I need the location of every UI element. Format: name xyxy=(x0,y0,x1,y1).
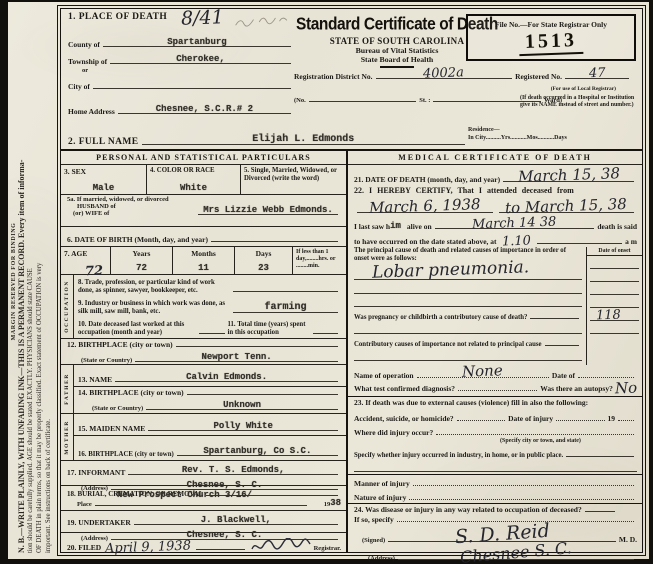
external-causes-label: 23. If death was due to external causes … xyxy=(354,398,637,410)
full-name-field: Elijah L. Edmonds xyxy=(142,131,465,145)
margin-note-line1: N. B.—WRITE PLAINLY, WITH UNFADING INK—T… xyxy=(18,10,26,553)
age-label: 7. AGE xyxy=(64,249,107,258)
attended-to-field: to March 15, 38 xyxy=(499,199,635,213)
undertaker-field: J. Blackwell, xyxy=(134,512,338,525)
date-of-death-field: March 15, 38 xyxy=(503,168,634,182)
file-number-value: 1513 xyxy=(519,29,584,56)
total-time-label: 11. Total time (years) spent in this occ… xyxy=(228,321,310,336)
occupation-group: OCCUPATION 8. Trade, profession, or part… xyxy=(61,275,346,339)
occupation-relation-field xyxy=(585,511,615,512)
age-row: 7. AGE 72 Years 72 Months 11 Days xyxy=(61,247,346,275)
father-side-label: FATHER xyxy=(61,365,74,413)
date-of-death-value: March 15, 38 xyxy=(517,166,619,185)
personal-particulars-column: PERSONAL AND STATISTICAL PARTICULARS 3. … xyxy=(61,151,348,552)
less-than-day-label: If less than 1 day,........hrs. or .....… xyxy=(296,249,343,270)
date-of-onset-column: Date of onset 118 xyxy=(586,247,642,365)
operation-date-label: Date of xyxy=(552,371,575,380)
margin-note-line3: OF DEATH in plain terms, so that it may … xyxy=(36,10,44,553)
undertaker-row: 19. UNDERTAKER J. Blackwell, (Address) C… xyxy=(61,511,346,533)
mother-name-field: Polly White xyxy=(148,418,338,431)
medical-section-title: MEDICAL CERTIFICATE OF DEATH xyxy=(348,151,642,165)
where-injury-row: Where did injury occur? xyxy=(354,424,637,438)
autopsy-value: No xyxy=(615,381,638,397)
test-field xyxy=(458,390,537,391)
burial-row: New Prospect Church 3/16/ 18. BURIAL, CR… xyxy=(61,486,346,511)
occupation-side-label: OCCUPATION xyxy=(61,275,74,338)
marital-label: 5. Single, Married, Widowed, or Divorced… xyxy=(244,167,343,182)
mother-birthplace-field: Spartanburg, Co S.C. xyxy=(177,443,338,456)
registration-district-value: 4002a xyxy=(423,66,464,80)
certificate-paper: MARGIN RESERVED FOR BINDING N. B.—WRITE … xyxy=(8,2,649,559)
form-body: PERSONAL AND STATISTICAL PARTICULARS 3. … xyxy=(61,151,642,552)
home-address-value: Chesnee, S.C.R.# 2 xyxy=(156,104,253,114)
mother-name-row: 15. MAIDEN NAME Polly White xyxy=(74,414,346,436)
place-note-handwritten: 8/41 xyxy=(181,8,224,28)
state-or-country-label: (State or Country) xyxy=(92,405,143,412)
marital-cell: 5. Single, Married, Widowed, or Divorced… xyxy=(241,165,346,194)
contributory-field xyxy=(545,345,579,346)
registered-no-field: 47 xyxy=(565,67,629,79)
address-label: (Address) xyxy=(368,555,395,562)
operation-field: None xyxy=(417,364,549,378)
manner-of-injury-row: Manner of injury xyxy=(348,475,642,489)
operation-row: Name of operation None Date of xyxy=(348,365,642,381)
burial-year-value: 38 xyxy=(330,498,341,508)
city-field xyxy=(93,88,291,89)
last-saw-field: March 14 38 xyxy=(435,217,595,229)
industry-label: 9. Industry or business in which work wa… xyxy=(78,300,230,315)
birthplace-field-2: Newport Tenn. xyxy=(135,349,338,362)
full-name-row: 2. FULL NAME Elijah L. Edmonds Residence… xyxy=(61,125,642,151)
street-no-field xyxy=(309,101,417,102)
ruled-line xyxy=(590,270,639,282)
home-address-field: Chesnee, S.C.R.# 2 xyxy=(118,101,291,114)
ruled-line xyxy=(354,349,582,361)
personal-section-title: PERSONAL AND STATISTICAL PARTICULARS xyxy=(61,151,346,165)
occurred-line: to have occurred on the date stated abov… xyxy=(354,231,637,246)
race-cell: 4. COLOR OR RACE White xyxy=(147,165,241,194)
birthplace-row: 12. BIRTHPLACE (city or town) (State or … xyxy=(61,339,346,365)
local-registrar-note: (For use of Local Registrar) xyxy=(551,86,616,92)
margin-note-line4: important. See instructions on back of c… xyxy=(45,10,53,553)
ruled-line xyxy=(354,295,582,307)
certificate-form: 1. PLACE OF DEATH 8/41 County of Spartan… xyxy=(60,8,643,553)
time-of-death-value: 1.10 xyxy=(501,234,530,248)
injury-date-field xyxy=(556,420,604,421)
dob-row: 6. DATE OF BIRTH (Month, day, and year) xyxy=(61,227,346,247)
signed-label: (Signed) xyxy=(362,537,385,544)
years-header: Years xyxy=(114,249,169,258)
city-label: City of xyxy=(68,82,90,91)
sex-race-marital-row: 3. SEX Male 4. COLOR OR RACE White 5. Si… xyxy=(61,165,346,195)
total-time-field xyxy=(313,333,339,334)
pencil-scribble xyxy=(234,14,294,30)
binding-margin: MARGIN RESERVED FOR BINDING N. B.—WRITE … xyxy=(8,2,58,559)
spouse-label-2: HUSBAND of xyxy=(77,203,195,210)
father-birthplace-field-2: Unknown xyxy=(146,397,338,410)
informant-row: 17. INFORMANT Rev. T. S. Edmonds, (Addre… xyxy=(61,461,346,486)
registered-no-label: Registered No. xyxy=(515,72,562,81)
registration-district-field: 4002a xyxy=(376,67,513,79)
alive-on-label: alive on xyxy=(407,222,432,231)
race-label: 4. COLOR OR RACE xyxy=(150,167,237,174)
last-saw-label: I last saw h xyxy=(354,222,390,231)
injury-19-label: 19 xyxy=(608,414,616,423)
street-no-label: (No. xyxy=(294,97,306,104)
attended-from-field: March 6, 1938 xyxy=(357,199,493,213)
township-field: Cherokee, xyxy=(110,51,291,64)
mother-side-label: MOTHER xyxy=(61,414,74,460)
accident-field xyxy=(457,420,505,421)
hospital-note: (If death occurred in a Hospital or Inst… xyxy=(520,95,640,109)
father-name-field: Calvin Edmonds. xyxy=(115,369,338,382)
filed-label: 20. FILED xyxy=(67,543,101,552)
mother-birthplace-row: 16. BIRTHPLACE (city or town) Spartanbur… xyxy=(74,436,346,460)
informant-label: 17. INFORMANT xyxy=(67,468,125,477)
last-worked-field xyxy=(199,333,225,334)
spouse-label-3: (or) WIFE of xyxy=(73,210,195,217)
dob-field xyxy=(211,241,338,242)
last-saw-date-value: March 14 38 xyxy=(472,216,557,232)
scanned-death-certificate: MARGIN RESERVED FOR BINDING N. B.—WRITE … xyxy=(0,0,653,564)
principal-cause-value: Lobar pneumonia. xyxy=(372,259,530,281)
months-value: 11 xyxy=(176,263,231,273)
nature-of-injury-row: Nature of injury xyxy=(348,489,642,503)
attended-to-value: to March 15, 38 xyxy=(505,197,627,216)
residence-line: In City..........Yrs...........Mos......… xyxy=(468,135,636,143)
signed-row: (Signed) S. D. Reid M. D. xyxy=(354,525,637,545)
occupation-relation-section: 24. Was disease or injury in any way rel… xyxy=(348,503,642,564)
form-header: 1. PLACE OF DEATH 8/41 County of Spartan… xyxy=(61,9,642,125)
spouse-field: Mrs Lizzie Webb Edmonds. xyxy=(198,202,338,215)
birthplace-value: Newport Tenn. xyxy=(201,352,271,362)
certify-block: 22. I HEREBY CERTIFY, That I attended de… xyxy=(348,185,642,247)
age-cell: 7. AGE 72 xyxy=(61,247,111,274)
ruled-line xyxy=(590,283,639,295)
burial-field-2 xyxy=(95,505,307,506)
industry-field: farming xyxy=(233,299,338,313)
registration-district-label: Registration District No. xyxy=(294,72,373,81)
undertaker-value: J. Blackwell, xyxy=(201,515,271,525)
manner-of-injury-field xyxy=(413,485,634,486)
sex-value: Male xyxy=(64,183,143,193)
filed-date-handwritten: April 9, 1938 xyxy=(105,540,191,556)
last-worked-label: 10. Date deceased last worked at this oc… xyxy=(78,321,196,336)
mother-maiden-name-label: 15. MAIDEN NAME xyxy=(78,424,145,433)
pregnancy-row: Was pregnancy or childbirth a contributo… xyxy=(354,308,582,322)
burial-place-value: New Prospect Church 3/16/ xyxy=(117,490,252,500)
physician-address-row: (Address) Chesnee S. C. xyxy=(354,545,637,563)
residence-label: Residence— xyxy=(468,127,636,135)
date-of-death-label: 21. DATE OF DEATH (month, day, and year) xyxy=(354,175,500,184)
trade-field xyxy=(233,291,338,292)
mother-group: MOTHER 15. MAIDEN NAME Polly White 16. B… xyxy=(61,414,346,461)
diagnosis-autopsy-row: What test confirmed diagnosis? Was there… xyxy=(348,381,642,397)
ruled-line xyxy=(590,322,639,334)
occupation-relation-label: 24. Was disease or injury in any way rel… xyxy=(354,505,582,514)
operation-value: None xyxy=(462,363,503,379)
last-saw-line: I last saw h im alive on March 14 38 dea… xyxy=(354,215,637,231)
am-pm-label: a m xyxy=(625,237,637,246)
days-header: Days xyxy=(238,249,289,258)
autopsy-label: Was there an autopsy? xyxy=(540,384,613,393)
father-name-value: Calvin Edmonds. xyxy=(186,372,267,382)
nature-of-injury-field xyxy=(409,499,634,500)
ruled-line xyxy=(590,296,639,308)
full-name-label: 2. FULL NAME xyxy=(68,137,139,147)
ruled-line xyxy=(590,257,639,269)
file-number-label: File No.—For State Registrar Only xyxy=(468,20,634,29)
spouse-label-1: 5a. If married, widowed, or divorced xyxy=(67,196,195,203)
spouse-value: Mrs Lizzie Webb Edmonds. xyxy=(203,205,333,215)
father-birthplace-row: 14. BIRTHPLACE (city or town) (State or … xyxy=(74,387,346,413)
father-birthplace-field-1 xyxy=(187,394,338,395)
injury-year-field xyxy=(618,420,634,421)
filed-row: 20. FILED April 9, 1938 Registrar. xyxy=(61,533,346,554)
county-label: County of xyxy=(68,40,100,49)
file-number-box: File No.—For State Registrar Only 1513 xyxy=(466,14,636,61)
months-header: Months xyxy=(176,249,231,258)
operation-label: Name of operation xyxy=(354,371,414,380)
sex-cell: 3. SEX Male xyxy=(61,165,147,194)
or-label: or xyxy=(82,67,294,74)
residence-block: Residence— In City..........Yrs.........… xyxy=(468,125,636,142)
ruled-line xyxy=(354,282,582,294)
age-days-cell: Days 23 xyxy=(235,247,293,274)
ruled-line xyxy=(354,322,582,334)
trade-row: 8. Trade, profession, or particular kind… xyxy=(74,275,346,296)
place-of-death-label: 1. PLACE OF DEATH xyxy=(68,12,167,22)
cause-of-death-region: The principal cause of death and related… xyxy=(348,247,642,365)
where-injury-label: Where did injury occur? xyxy=(354,428,433,437)
registrar-label: Registrar. xyxy=(314,545,341,552)
days-value: 23 xyxy=(238,263,289,273)
father-birthplace-value: Unknown xyxy=(223,400,261,410)
contributory-label: Contributory causes of importance not re… xyxy=(354,341,542,349)
nature-of-injury-label: Nature of injury xyxy=(354,493,406,502)
contributory-row: Contributory causes of importance not re… xyxy=(354,335,582,349)
manner-of-injury-label: Manner of injury xyxy=(354,479,410,488)
specify-place-field xyxy=(566,456,634,457)
age-months-cell: Months 11 xyxy=(173,247,235,274)
father-name-row: 13. NAME Calvin Edmonds. xyxy=(74,365,346,387)
mother-name-value: Polly White xyxy=(213,421,272,431)
operation-date-field xyxy=(578,377,634,378)
injury-date-label: Date of injury xyxy=(508,414,553,423)
trade-label: 8. Trade, profession, or particular kind… xyxy=(78,279,230,294)
township-value: Cherokee, xyxy=(176,54,225,64)
specify-place-row: Specify whether injury occurred in indus… xyxy=(354,446,637,460)
county-value: Spartanburg xyxy=(167,37,226,47)
father-birthplace-label: 14. BIRTHPLACE (city or town) xyxy=(78,388,184,397)
township-label: Township of xyxy=(68,57,107,66)
medical-certificate-column: MEDICAL CERTIFICATE OF DEATH 21. DATE OF… xyxy=(348,151,642,552)
full-name-value: Elijah L. Edmonds xyxy=(252,134,354,145)
binding-reserved-note: MARGIN RESERVED FOR BINDING xyxy=(11,10,17,553)
undertaker-label: 19. UNDERTAKER xyxy=(67,518,131,527)
birthplace-label: 12. BIRTHPLACE (city or town) xyxy=(67,340,173,349)
attended-dates-line: March 6, 1938 to March 15, 38 xyxy=(354,198,637,215)
father-name-label: 13. NAME xyxy=(78,375,112,384)
date-of-death-row: 21. DATE OF DEATH (month, day, and year)… xyxy=(348,165,642,185)
mother-birthplace-label: 16. BIRTHPLACE (city or town) xyxy=(78,451,174,458)
test-label: What test confirmed diagnosis? xyxy=(354,384,455,393)
occurred-label: to have occurred on the date stated abov… xyxy=(354,237,497,246)
home-address-label: Home Address xyxy=(68,107,115,116)
date-of-onset-header: Date of onset xyxy=(587,247,642,256)
years-value: 72 xyxy=(114,263,169,273)
ruled-line xyxy=(354,460,637,472)
accident-label: Accident, suicide, or homicide? xyxy=(354,414,454,423)
registration-line: Registration District No. 4002a Register… xyxy=(294,67,632,81)
county-field: Spartanburg xyxy=(103,34,291,47)
last-saw-fill-value: im xyxy=(390,221,401,231)
birthplace-field-1 xyxy=(176,346,338,347)
spouse-row: 5a. If married, widowed, or divorced HUS… xyxy=(61,195,346,227)
dob-label: 6. DATE OF BIRTH (Month, day, and year) xyxy=(67,235,208,244)
contributory-code-line: 118 xyxy=(590,309,639,321)
occupation-relation-row: 24. Was disease or injury in any way rel… xyxy=(354,505,637,515)
father-group: FATHER 13. NAME Calvin Edmonds. 14. BIRT… xyxy=(61,365,346,414)
death-is-said-label: death is said xyxy=(597,222,637,231)
where-injury-subnote: (Specify city or town, and state) xyxy=(354,438,637,446)
attended-from-value: March 6, 1938 xyxy=(369,197,481,216)
contributory-code-value: 118 xyxy=(596,309,621,323)
mother-birthplace-value: Spartanburg, Co S.C. xyxy=(203,446,311,456)
margin-note-line2: tion should be carefully supplied. AGE s… xyxy=(27,10,35,553)
less-than-day-cell: If less than 1 day,........hrs. or .....… xyxy=(293,247,346,274)
principal-cause-field: Lobar pneumonia. xyxy=(354,262,582,280)
age-handwritten: 72 xyxy=(85,265,104,279)
time-field xyxy=(537,243,623,244)
street-label: St. : xyxy=(419,97,430,104)
burial-place-label: Place xyxy=(77,501,92,508)
last-worked-row: 10. Date deceased last worked at this oc… xyxy=(74,317,346,338)
place-of-death-block: 1. PLACE OF DEATH 8/41 County of Spartan… xyxy=(68,12,294,116)
race-value: White xyxy=(150,183,237,193)
sex-label: 3. SEX xyxy=(64,167,143,176)
physician-address-field: Chesnee S. C. xyxy=(398,545,634,560)
industry-row: 9. Industry or business in which work wa… xyxy=(74,296,346,317)
pregnancy-label: Was pregnancy or childbirth a contributo… xyxy=(354,314,527,322)
informant-field: Rev. T. S. Edmonds, xyxy=(128,462,338,475)
informant-value: Rev. T. S. Edmonds, xyxy=(182,465,285,475)
state-or-country-label: (State or Country) xyxy=(81,357,132,364)
if-so-specify-label: If so, specify xyxy=(354,515,394,524)
md-label: M. D. xyxy=(619,535,637,544)
filed-field xyxy=(196,549,244,550)
external-causes-section: 23. If death was due to external causes … xyxy=(348,397,642,475)
signed-field: S. D. Reid xyxy=(388,525,616,542)
industry-value: farming xyxy=(264,302,306,313)
age-years-cell: Years 72 xyxy=(111,247,173,274)
specify-place-label: Specify whether injury occurred in indus… xyxy=(354,452,563,460)
pregnancy-field xyxy=(530,318,579,319)
registered-no-value: 47 xyxy=(588,67,605,81)
accident-row: Accident, suicide, or homicide? Date of … xyxy=(354,410,637,424)
registrar-signature xyxy=(250,538,312,553)
where-injury-field xyxy=(436,434,634,435)
